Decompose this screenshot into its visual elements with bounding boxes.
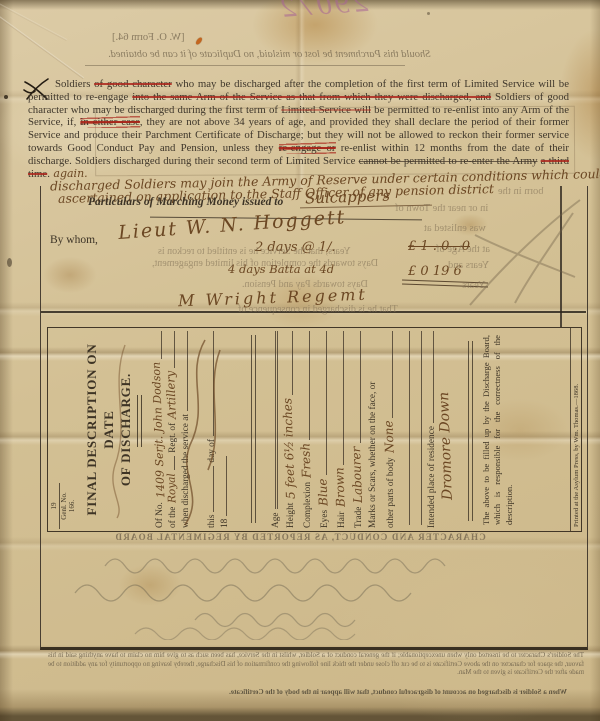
field-value-handwriting: Brown (333, 467, 347, 507)
blank-rule-row (399, 328, 411, 531)
field-label: Complexion (302, 482, 315, 528)
struck-text: cannot be permitted to re-enter the Army (359, 155, 538, 167)
form-row-regiment: of the Royal Regt. of Artillery (164, 328, 177, 531)
form-row-number: Of No. 1409 Serjt. John Dodson (151, 328, 164, 531)
bleedthrough-line: Days towards the completion of his limit… (152, 258, 378, 269)
marching-money-label: Particulars of Marching Money issued to (88, 196, 283, 208)
form-row-hair: Hair Brown (333, 328, 350, 531)
bleedthrough-line: That he is discharged in consequence of (238, 304, 398, 315)
field-value-handwriting: Artillery (164, 370, 179, 419)
form-row-marks: Marks or Scars, whether on the face, or (367, 328, 382, 531)
printer-credit: Printed at the Asylum Press, by Wm. Thom… (570, 328, 581, 531)
corner-crease (0, 7, 84, 79)
form-row-date: this day of (203, 328, 216, 531)
ink-speck (7, 258, 12, 267)
rule-line (468, 341, 473, 521)
field-value-handwriting: None (382, 421, 396, 454)
field-value-handwriting: 5 feet 6½ inches (281, 397, 298, 498)
form-row-marks2: other parts of body None (382, 328, 399, 531)
regulations-paragraph: Soldiers of good character who may be di… (28, 78, 569, 180)
blank-rule-row (411, 328, 423, 531)
bleedthrough-line: When a Soldier is discharged on account … (55, 688, 567, 696)
bleedthrough-line: Days towards Pay and Pension. (242, 279, 368, 290)
form-row-trade: Trade Labourer (350, 328, 367, 531)
bleedthrough-line: Years; that the Service he is entitled t… (158, 246, 351, 257)
field-label: 18 (219, 519, 232, 528)
struck-text: of good character (94, 78, 172, 90)
bleedthrough-line: was enlisted at (424, 223, 486, 234)
rule-line (85, 65, 405, 66)
field-label: Hair (336, 511, 349, 528)
registry-stamp-bleedthrough: 29072 (277, 0, 369, 25)
form-row-residence-value: Dromore Down (440, 328, 460, 531)
bleedthrough-line: Years (462, 280, 485, 291)
struck-text: Limited Service will (281, 104, 371, 116)
corner-crease (0, 0, 67, 41)
paragraph-segment: Soldiers (55, 78, 94, 90)
general-number-top: 19 (50, 483, 59, 529)
form-title-line2: OF DISCHARGE. (117, 332, 134, 527)
bleedthrough-line: Years and (448, 260, 489, 271)
ink-speck (427, 12, 430, 15)
form-row-year: 18 (216, 328, 229, 531)
field-label: when discharged the service at (180, 414, 193, 528)
bleedthrough-line: at the Age of (436, 244, 490, 255)
form-number-bleedthrough: [W. O. Form 64.] (112, 32, 185, 43)
field-label: Height (285, 503, 298, 528)
form-title: FINAL DESCRIPTION ON DATE OF DISCHARGE. (83, 332, 134, 527)
stamp-number: 29072 (277, 0, 369, 24)
bleedthrough-line: born in the (498, 186, 544, 197)
field-value-handwriting: Labourer (350, 446, 365, 503)
field-label: Trade (353, 507, 366, 528)
paper-fleck (195, 37, 203, 46)
by-whom-label: By whom, (50, 234, 98, 246)
rule-line (251, 335, 256, 523)
general-number-value: 166. (68, 483, 77, 529)
field-label: Intended place of residence (426, 426, 439, 528)
payee-handwriting: Sulcappers (305, 187, 391, 208)
field-value-handwriting: Fresh (299, 443, 313, 478)
form-row-eyes: Eyes Blue (316, 328, 333, 531)
field-value-handwriting: Dromore Down (438, 392, 455, 501)
general-number-block: 19 Genl. No. 166. (50, 483, 77, 529)
form-row-complexion: Complexion Fresh (299, 328, 316, 531)
struck-text: into the same Arm of the Service as that… (132, 91, 491, 103)
field-label: Eyes (319, 510, 332, 528)
form-title-line1: FINAL DESCRIPTION ON DATE (83, 332, 117, 527)
caution-note-bleedthrough: Should this Parchment be lost or mislaid… (108, 49, 430, 60)
field-label: Marks or Scars, whether on the face, or (367, 382, 380, 528)
general-number-label: Genl. No. (59, 483, 69, 529)
form-row-age: Age (265, 328, 282, 531)
parchment-discharge-certificate: 29072 [W. O. Form 64.] Should this Parch… (0, 0, 600, 721)
character-heading-bleedthrough: CHARACTER AND CONDUCT, AS REPORTED BY RE… (60, 532, 540, 542)
form-row-height: Height 5 feet 6½ inches (282, 328, 299, 531)
field-value-handwriting: Blue (316, 478, 330, 506)
final-description-form: 19 Genl. No. 166. FINAL DESCRIPTION ON D… (47, 327, 582, 532)
board-note: The above to be filled up by the Dischar… (481, 335, 516, 525)
field-value-handwriting: Royal (165, 473, 179, 503)
bleedthrough-line: in or near the Town of (395, 203, 488, 214)
rule-line (560, 186, 562, 327)
ink-speck (4, 95, 8, 99)
rule-line (137, 395, 142, 447)
bleedthrough-paragraph: The Soldier's Character to be inserted o… (48, 652, 584, 678)
struck-text: in either case (80, 116, 140, 128)
field-label: other parts of body (385, 458, 398, 529)
struck-text: re-engage or (279, 142, 336, 154)
